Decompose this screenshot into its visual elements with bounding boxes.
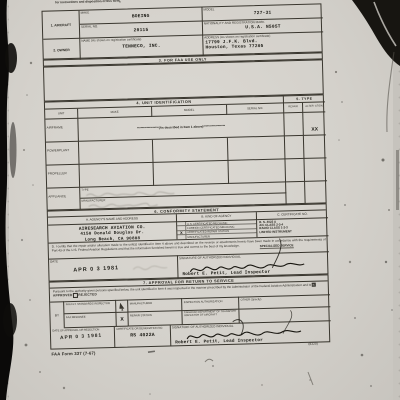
scanned-document-page: and FAR 43.9, FAR 43 Appendix B, and AC …: [0, 0, 400, 400]
scanner-curve-dark: [387, 52, 394, 132]
scan-artifacts-layer: [0, 0, 400, 400]
top-right-scanner-blob: [352, 0, 400, 66]
